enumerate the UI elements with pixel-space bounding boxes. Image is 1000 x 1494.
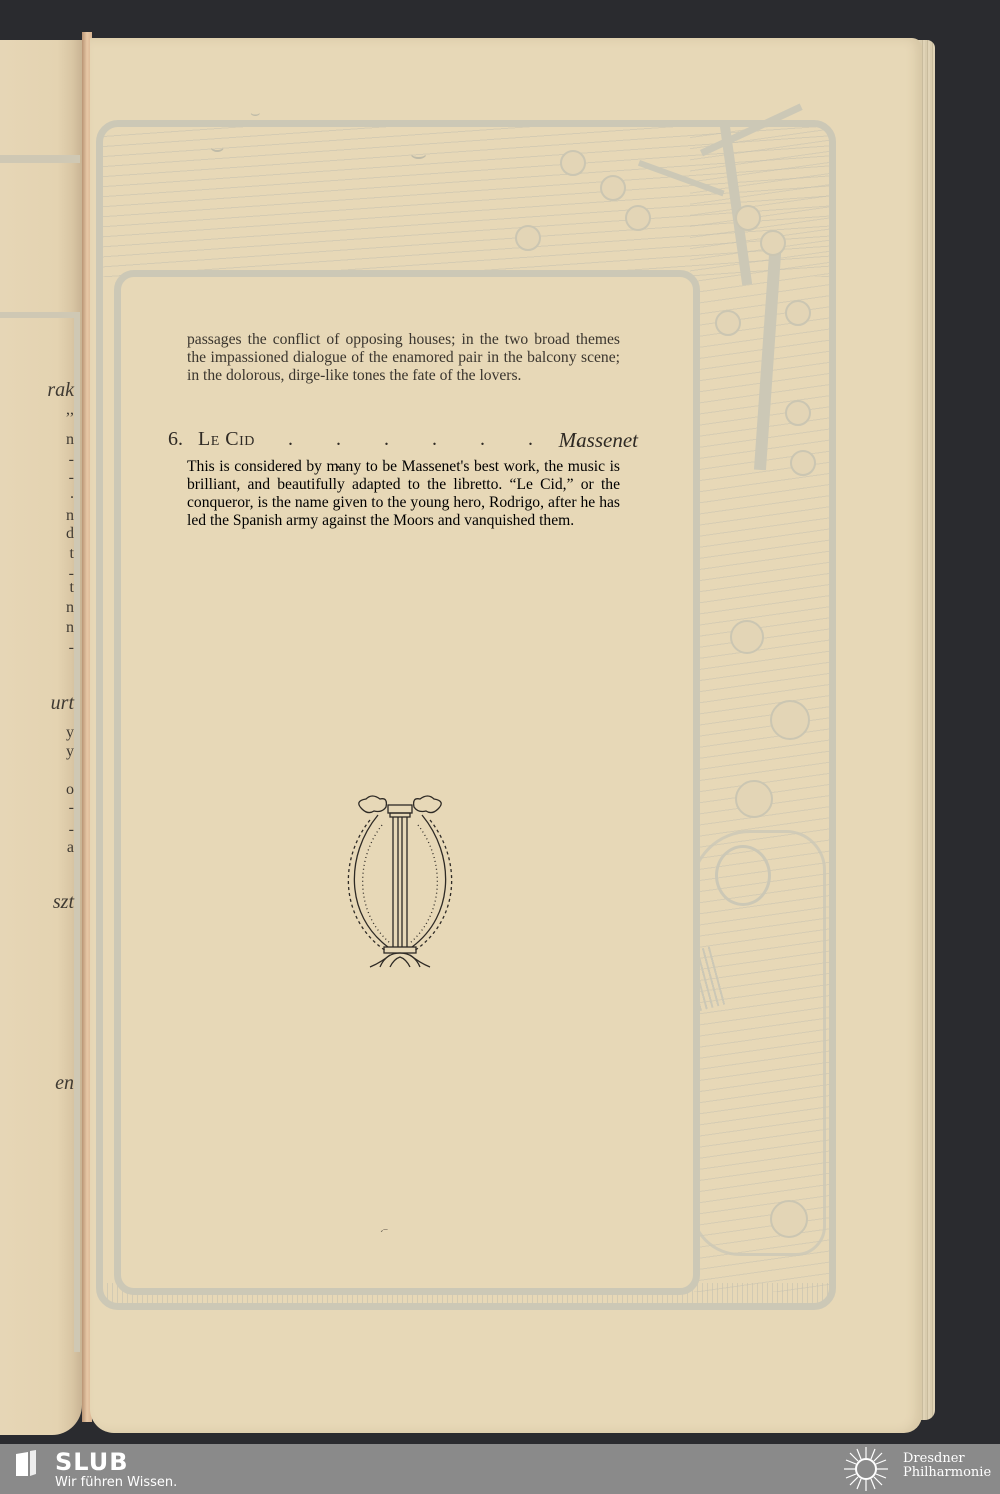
blossom-icon [715,310,741,336]
blossom-icon [600,175,626,201]
left-page-fragment: rak [47,380,74,400]
footer-bar: SLUB Wir führen Wissen. Dresdner Philhar… [0,1444,1000,1494]
dresdner-philharmonie-brand[interactable]: Dresdner Philharmonie [903,1452,991,1480]
blossom-icon [515,225,541,251]
slub-brand[interactable]: SLUB [55,1448,129,1476]
left-page-fragment: d [66,526,74,542]
blossom-icon [785,300,811,326]
left-page-fragment: t [70,580,74,596]
left-page-fragment: n [66,432,74,448]
left-page: rak,,n--.ndt-tnn-urtyyo--aszten [0,40,82,1435]
entry-composer: Massenet [559,428,638,453]
bird-icon: ⌣ [250,105,261,123]
stray-ink-mark: ´‾ [380,1230,390,1234]
left-page-fragment: o [66,782,74,798]
left-page-fragment: - [69,452,74,468]
slub-tagline: Wir führen Wissen. [55,1475,177,1490]
decorative-frame-inner [114,270,700,1295]
slub-book-icon[interactable] [12,1448,42,1478]
left-frame-inner-top [0,312,80,318]
left-frame-top [0,155,80,163]
dresdner-philharmonie-sunburst-icon[interactable] [843,1446,889,1492]
left-page-fragment: n [66,600,74,616]
blossom-icon [560,150,586,176]
blossom-icon [760,230,786,256]
left-page-fragment: - [69,470,74,486]
brand-line-2: Philharmonie [903,1466,991,1480]
left-page-fragment: en [55,1073,74,1093]
left-page-fragment: y [66,744,74,760]
left-page-fragment: - [69,640,74,656]
left-frame-side [74,312,80,1352]
flower-icon [770,700,810,740]
left-page-fragment: t [70,546,74,562]
left-page-fragment: urt [51,693,74,713]
description-text: This is considered by many to be Massene… [187,458,620,530]
left-page-fragment: y [66,725,74,741]
left-page-fragment: n [66,508,74,524]
blossom-icon [735,205,761,231]
left-page-fragment: . [70,486,74,502]
blossom-icon [625,205,651,231]
left-page-fragment: - [69,822,74,838]
blossom-icon [785,400,811,426]
book-scan: rak,,n--.ndt-tnn-urtyyo--aszten ⌣ ⌣ ⌣ pa… [0,0,1000,1444]
satyr-head [715,845,771,906]
entry-number: 6. [168,428,183,451]
left-page-fragment: szt [53,892,74,912]
entry-title: Le Cid [198,428,255,451]
bird-icon: ⌣ [210,135,224,161]
program-entry-description: This is considered by many to be Massene… [187,458,620,530]
left-page-fragment: - [69,800,74,816]
continued-paragraph: passages the conflict of opposing houses… [187,331,620,385]
left-page-fragment: ,, [66,402,74,418]
program-entry-heading: 6. Le Cid . . . . . . . . . Massenet [168,428,638,454]
paragraph-text: passages the conflict of opposing houses… [187,331,620,385]
brand-line-1: Dresdner [903,1452,991,1466]
flower-icon [735,780,773,818]
left-page-fragment: a [67,840,74,856]
blossom-icon [790,450,816,476]
left-page-fragment: n [66,620,74,636]
lyre-ornament-icon [340,795,460,975]
flower-icon [730,620,764,654]
bird-icon: ⌣ [410,140,427,171]
